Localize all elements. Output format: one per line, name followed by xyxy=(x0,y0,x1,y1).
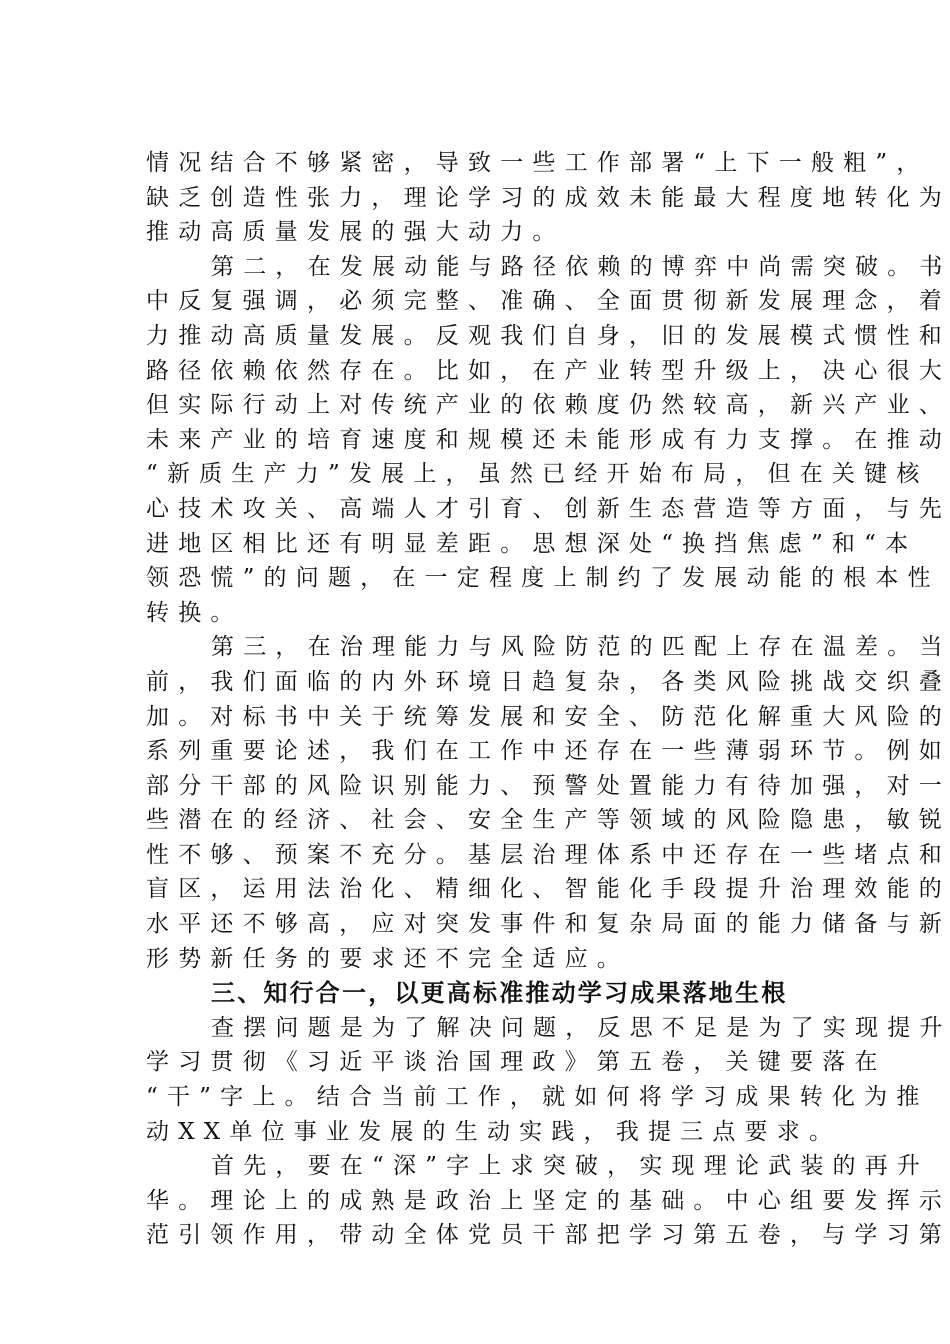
text-line: 形势新任务的要求还不完全适应。 xyxy=(146,942,806,977)
text-line: 情况结合不够紧密，导致一些工作部署“上下一般粗”， xyxy=(146,146,806,181)
text-line: 加。对标书中关于统筹发展和安全、防范化解重大风险的 xyxy=(146,700,806,735)
text-line: 路径依赖依然存在。比如，在产业转型升级上，决心很大 xyxy=(146,354,806,389)
document-page: 情况结合不够紧密，导致一些工作部署“上下一般粗”，缺乏创造性张力，理论学习的成效… xyxy=(146,146,806,1253)
paragraph: 情况结合不够紧密，导致一些工作部署“上下一般粗”，缺乏创造性张力，理论学习的成效… xyxy=(146,146,806,250)
section-heading: 三、知行合一，以更高标准推动学习成果落地生根 xyxy=(146,976,806,1011)
text-line: 转换。 xyxy=(146,596,806,631)
paragraph: 查摆问题是为了解决问题，反思不足是为了实现提升。学习贯彻《习近平谈治国理政》第五… xyxy=(146,1011,806,1149)
text-line: 系列重要论述，我们在工作中还存在一些薄弱环节。例如 xyxy=(146,734,806,769)
paragraph: 第三，在治理能力与风险防范的匹配上存在温差。当前，我们面临的内外环境日趋复杂，各… xyxy=(146,630,806,976)
text-line: 心技术攻关、高端人才引育、创新生态营造等方面，与先 xyxy=(146,492,806,527)
text-line: 未来产业的培育速度和规模还未能形成有力支撑。在推动 xyxy=(146,423,806,458)
text-line: 前，我们面临的内外环境日趋复杂，各类风险挑战交织叠 xyxy=(146,665,806,700)
text-line: 水平还不够高，应对突发事件和复杂局面的能力储备与新 xyxy=(146,907,806,942)
text-line: 第三，在治理能力与风险防范的匹配上存在温差。当 xyxy=(146,630,806,665)
text-line: “新质生产力”发展上，虽然已经开始布局，但在关键核 xyxy=(146,457,806,492)
text-line: 进地区相比还有明显差距。思想深处“换挡焦虑”和“本 xyxy=(146,527,806,562)
text-line: 华。理论上的成熟是政治上坚定的基础。中心组要发挥示 xyxy=(146,1184,806,1219)
text-line: 盲区，运用法治化、精细化、智能化手段提升治理效能的 xyxy=(146,872,806,907)
text-line: 力推动高质量发展。反观我们自身，旧的发展模式惯性和 xyxy=(146,319,806,354)
text-line: 第二，在发展动能与路径依赖的博弈中尚需突破。书 xyxy=(146,250,806,285)
text-line: 查摆问题是为了解决问题，反思不足是为了实现提升。 xyxy=(146,1011,806,1046)
text-line: 三、知行合一，以更高标准推动学习成果落地生根 xyxy=(146,976,806,1011)
text-line: 但实际行动上对传统产业的依赖度仍然较高，新兴产业、 xyxy=(146,388,806,423)
text-line: 性不够、预案不充分。基层治理体系中还存在一些堵点和 xyxy=(146,838,806,873)
paragraph: 第二，在发展动能与路径依赖的博弈中尚需突破。书中反复强调，必须完整、准确、全面贯… xyxy=(146,250,806,631)
text-line: 缺乏创造性张力，理论学习的成效未能最大程度地转化为 xyxy=(146,181,806,216)
text-line: “干”字上。结合当前工作，就如何将学习成果转化为推 xyxy=(146,1080,806,1115)
text-line: 学习贯彻《习近平谈治国理政》第五卷，关键要落在 xyxy=(146,1045,806,1080)
text-line: 中反复强调，必须完整、准确、全面贯彻新发展理念，着 xyxy=(146,284,806,319)
text-line: 推动高质量发展的强大动力。 xyxy=(146,215,806,250)
text-line: 首先，要在“深”字上求突破，实现理论武装的再升 xyxy=(146,1149,806,1184)
text-line: 领恐慌”的问题，在一定程度上制约了发展动能的根本性 xyxy=(146,561,806,596)
text-line: 范引领作用，带动全体党员干部把学习第五卷，与学习第 xyxy=(146,1218,806,1253)
text-line: 动XX单位事业发展的生动实践，我提三点要求。 xyxy=(146,1115,806,1150)
paragraph: 首先，要在“深”字上求突破，实现理论武装的再升华。理论上的成熟是政治上坚定的基础… xyxy=(146,1149,806,1253)
text-line: 些潜在的经济、社会、安全生产等领域的风险隐患，敏锐 xyxy=(146,803,806,838)
text-line: 部分干部的风险识别能力、预警处置能力有待加强，对一 xyxy=(146,769,806,804)
